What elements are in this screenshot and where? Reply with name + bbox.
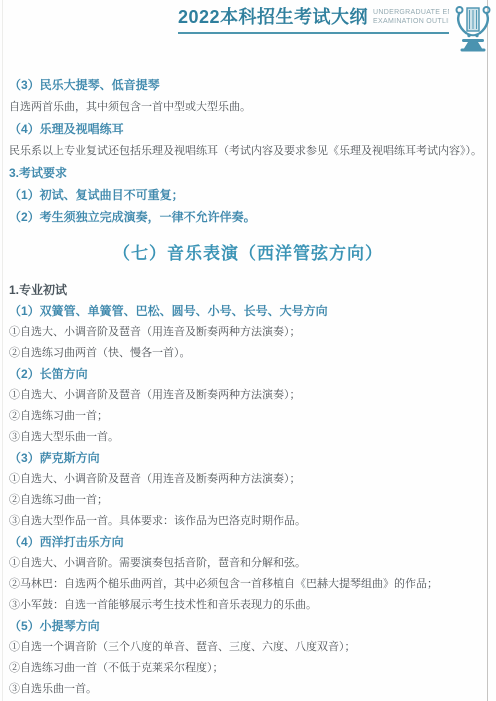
list-item: ②自选练习曲一首； [9, 406, 487, 427]
document-content: （3）民乐大提琴、低音提琴 自选两首乐曲，其中须包含一首中型或大型乐曲。 （4）… [9, 74, 487, 700]
numbered-heading: 3.考试要求 [9, 162, 487, 184]
list-item: ①自选大、小调音阶及琶音（用连音及断奏两种方法演奏）； [9, 322, 487, 343]
list-item: ①自选大、小调音阶及琶音（用连音及断奏两种方法演奏）； [9, 469, 487, 490]
list-item: ②自选练习曲一首（不低于克莱采尔程度）； [9, 658, 487, 679]
content-block-top: （3）民乐大提琴、低音提琴 自选两首乐曲，其中须包含一首中型或大型乐曲。 （4）… [9, 74, 487, 228]
list-item: ②自选练习曲两首（快、慢各一首）。 [9, 343, 487, 364]
requirement-item: （1）初试、复试曲目不可重复； [9, 184, 487, 206]
subsection-heading: （3）民乐大提琴、低音提琴 [9, 74, 487, 96]
section-title: （七）音乐表演（西洋管弦方向） [9, 241, 487, 267]
page-subtitle: UNDERGRADUATE ENROLLMENT EXAMINATION OUT… [373, 8, 449, 28]
page-edge-left [2, 0, 3, 701]
list-item: ①自选大、小调音阶及琶音（用连音及断奏两种方法演奏）； [9, 385, 487, 406]
subsection-heading: （4）西洋打击乐方向 [9, 532, 487, 553]
list-item: ①自选一个调音阶（三个八度的单音、琶音、三度、六度、八度双音）； [9, 637, 487, 658]
list-item: ②自选练习曲一首； [9, 490, 487, 511]
page-edge-right [487, 0, 488, 701]
subsection-heading: （3）萨克斯方向 [9, 448, 487, 469]
subsection-heading: （1）双簧管、单簧管、巴松、圆号、小号、长号、大号方向 [9, 301, 487, 322]
list-item: ①自选大、小调音阶。需要演奏包括音阶，琶音和分解和弦。 [9, 553, 487, 574]
page-subtitle-line1: UNDERGRADUATE ENROLLMENT [373, 8, 449, 17]
list-item: ③小军鼓：自选一首能够展示考生技术性和音乐表现力的乐曲。 [9, 595, 487, 616]
subsection-heading: （5）小提琴方向 [9, 616, 487, 637]
subsection-heading: （4）乐理及视唱练耳 [9, 118, 487, 140]
numbered-heading: 1.专业初试 [9, 280, 487, 301]
list-item: 自选两首乐曲，其中须包含一首中型或大型乐曲。 [9, 96, 487, 118]
list-item: ③自选大型乐曲一首。 [9, 427, 487, 448]
requirement-item: （2）考生须独立完成演奏，一律不允许伴奏。 [9, 206, 487, 228]
list-item: ③自选乐曲一首。 [9, 679, 487, 700]
content-block-main: 1.专业初试 （1）双簧管、单簧管、巴松、圆号、小号、长号、大号方向 ①自选大、… [9, 280, 487, 700]
list-item: ②马林巴：自选两个槌乐曲两首，其中必须包含一首移植自《巴赫大提琴组曲》的作品； [9, 574, 487, 595]
document-page: 2022本科招生考试大纲 UNDERGRADUATE ENROLLMENT EX… [0, 0, 496, 701]
page-title: 2022本科招生考试大纲 [178, 8, 368, 28]
list-item: ③自选大型作品一首。具体要求：该作品为巴洛克时期作品。 [9, 511, 487, 532]
subsection-heading: （2）长笛方向 [9, 364, 487, 385]
lyre-icon [453, 3, 493, 53]
page-subtitle-line2: EXAMINATION OUTLINE [373, 17, 449, 26]
list-item: 民乐系以上专业复试还包括乐理及视唱练耳（考试内容及要求参见《乐理及视唱练耳考试内… [9, 140, 487, 162]
page-header: 2022本科招生考试大纲 UNDERGRADUATE ENROLLMENT EX… [178, 8, 449, 34]
